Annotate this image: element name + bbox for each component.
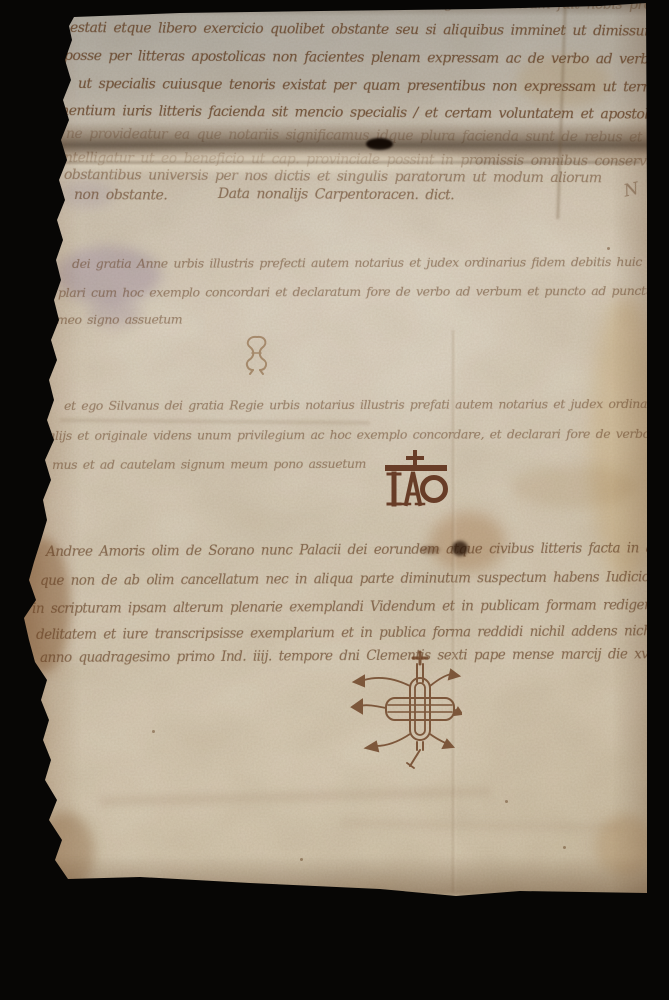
manuscript-line: delitatem et iure transcripsisse exempla… bbox=[36, 623, 669, 643]
iao-christogram-icon bbox=[382, 450, 450, 512]
manuscript-line: que non de ab olim cancellatum nec in al… bbox=[40, 569, 649, 589]
speck bbox=[505, 800, 508, 803]
speck bbox=[152, 730, 155, 733]
notary-flourish-monogram-icon bbox=[242, 333, 270, 377]
attestation-line: plari cum hoc exemplo concordari et decl… bbox=[58, 283, 669, 300]
bottom-edge-shading bbox=[0, 856, 669, 896]
fold-crease-line bbox=[60, 161, 640, 164]
vertical-crease bbox=[452, 330, 456, 892]
dating-clause: Data nonalijs Carpentoracen. dict. bbox=[218, 186, 454, 203]
manuscript-line: anno quadragesimo primo Ind. iiij. tempo… bbox=[40, 646, 648, 666]
ink-blot bbox=[452, 541, 468, 556]
notarial-sign-icon bbox=[350, 650, 462, 772]
attestation-line: alijs et originale videns unum privilegi… bbox=[48, 426, 669, 443]
parchment-sheet: tis num sup quibus per nostras litteras … bbox=[0, 0, 669, 1000]
horizontal-crease bbox=[60, 419, 370, 425]
speck bbox=[563, 846, 566, 849]
fold-hole bbox=[366, 138, 393, 150]
ink-blot bbox=[420, 546, 440, 554]
right-edge-shading bbox=[612, 0, 648, 1000]
horizontal-crease bbox=[340, 820, 620, 832]
top-edge-shading bbox=[0, 0, 669, 16]
attestation-line: et ego Silvanus dei gratia Regie urbis n… bbox=[64, 396, 669, 413]
manuscript-line: in scripturam ipsam alterum plenarie exe… bbox=[32, 597, 664, 617]
closing-phrase: non obstante. bbox=[74, 187, 167, 204]
attestation-line: dei gratia Anne urbis illustris prefecti… bbox=[72, 254, 669, 271]
manuscript-line: Andree Amoris olim de Sorano nunc Palaci… bbox=[46, 540, 669, 560]
speck bbox=[607, 247, 610, 250]
torn-left-edge-shading bbox=[16, 0, 80, 1000]
horizontal-crease bbox=[100, 787, 490, 806]
photo-stage: tis num sup quibus per nostras litteras … bbox=[0, 0, 669, 1000]
attestation-line: mus et ad cautelam signum meum pono assu… bbox=[52, 456, 366, 472]
